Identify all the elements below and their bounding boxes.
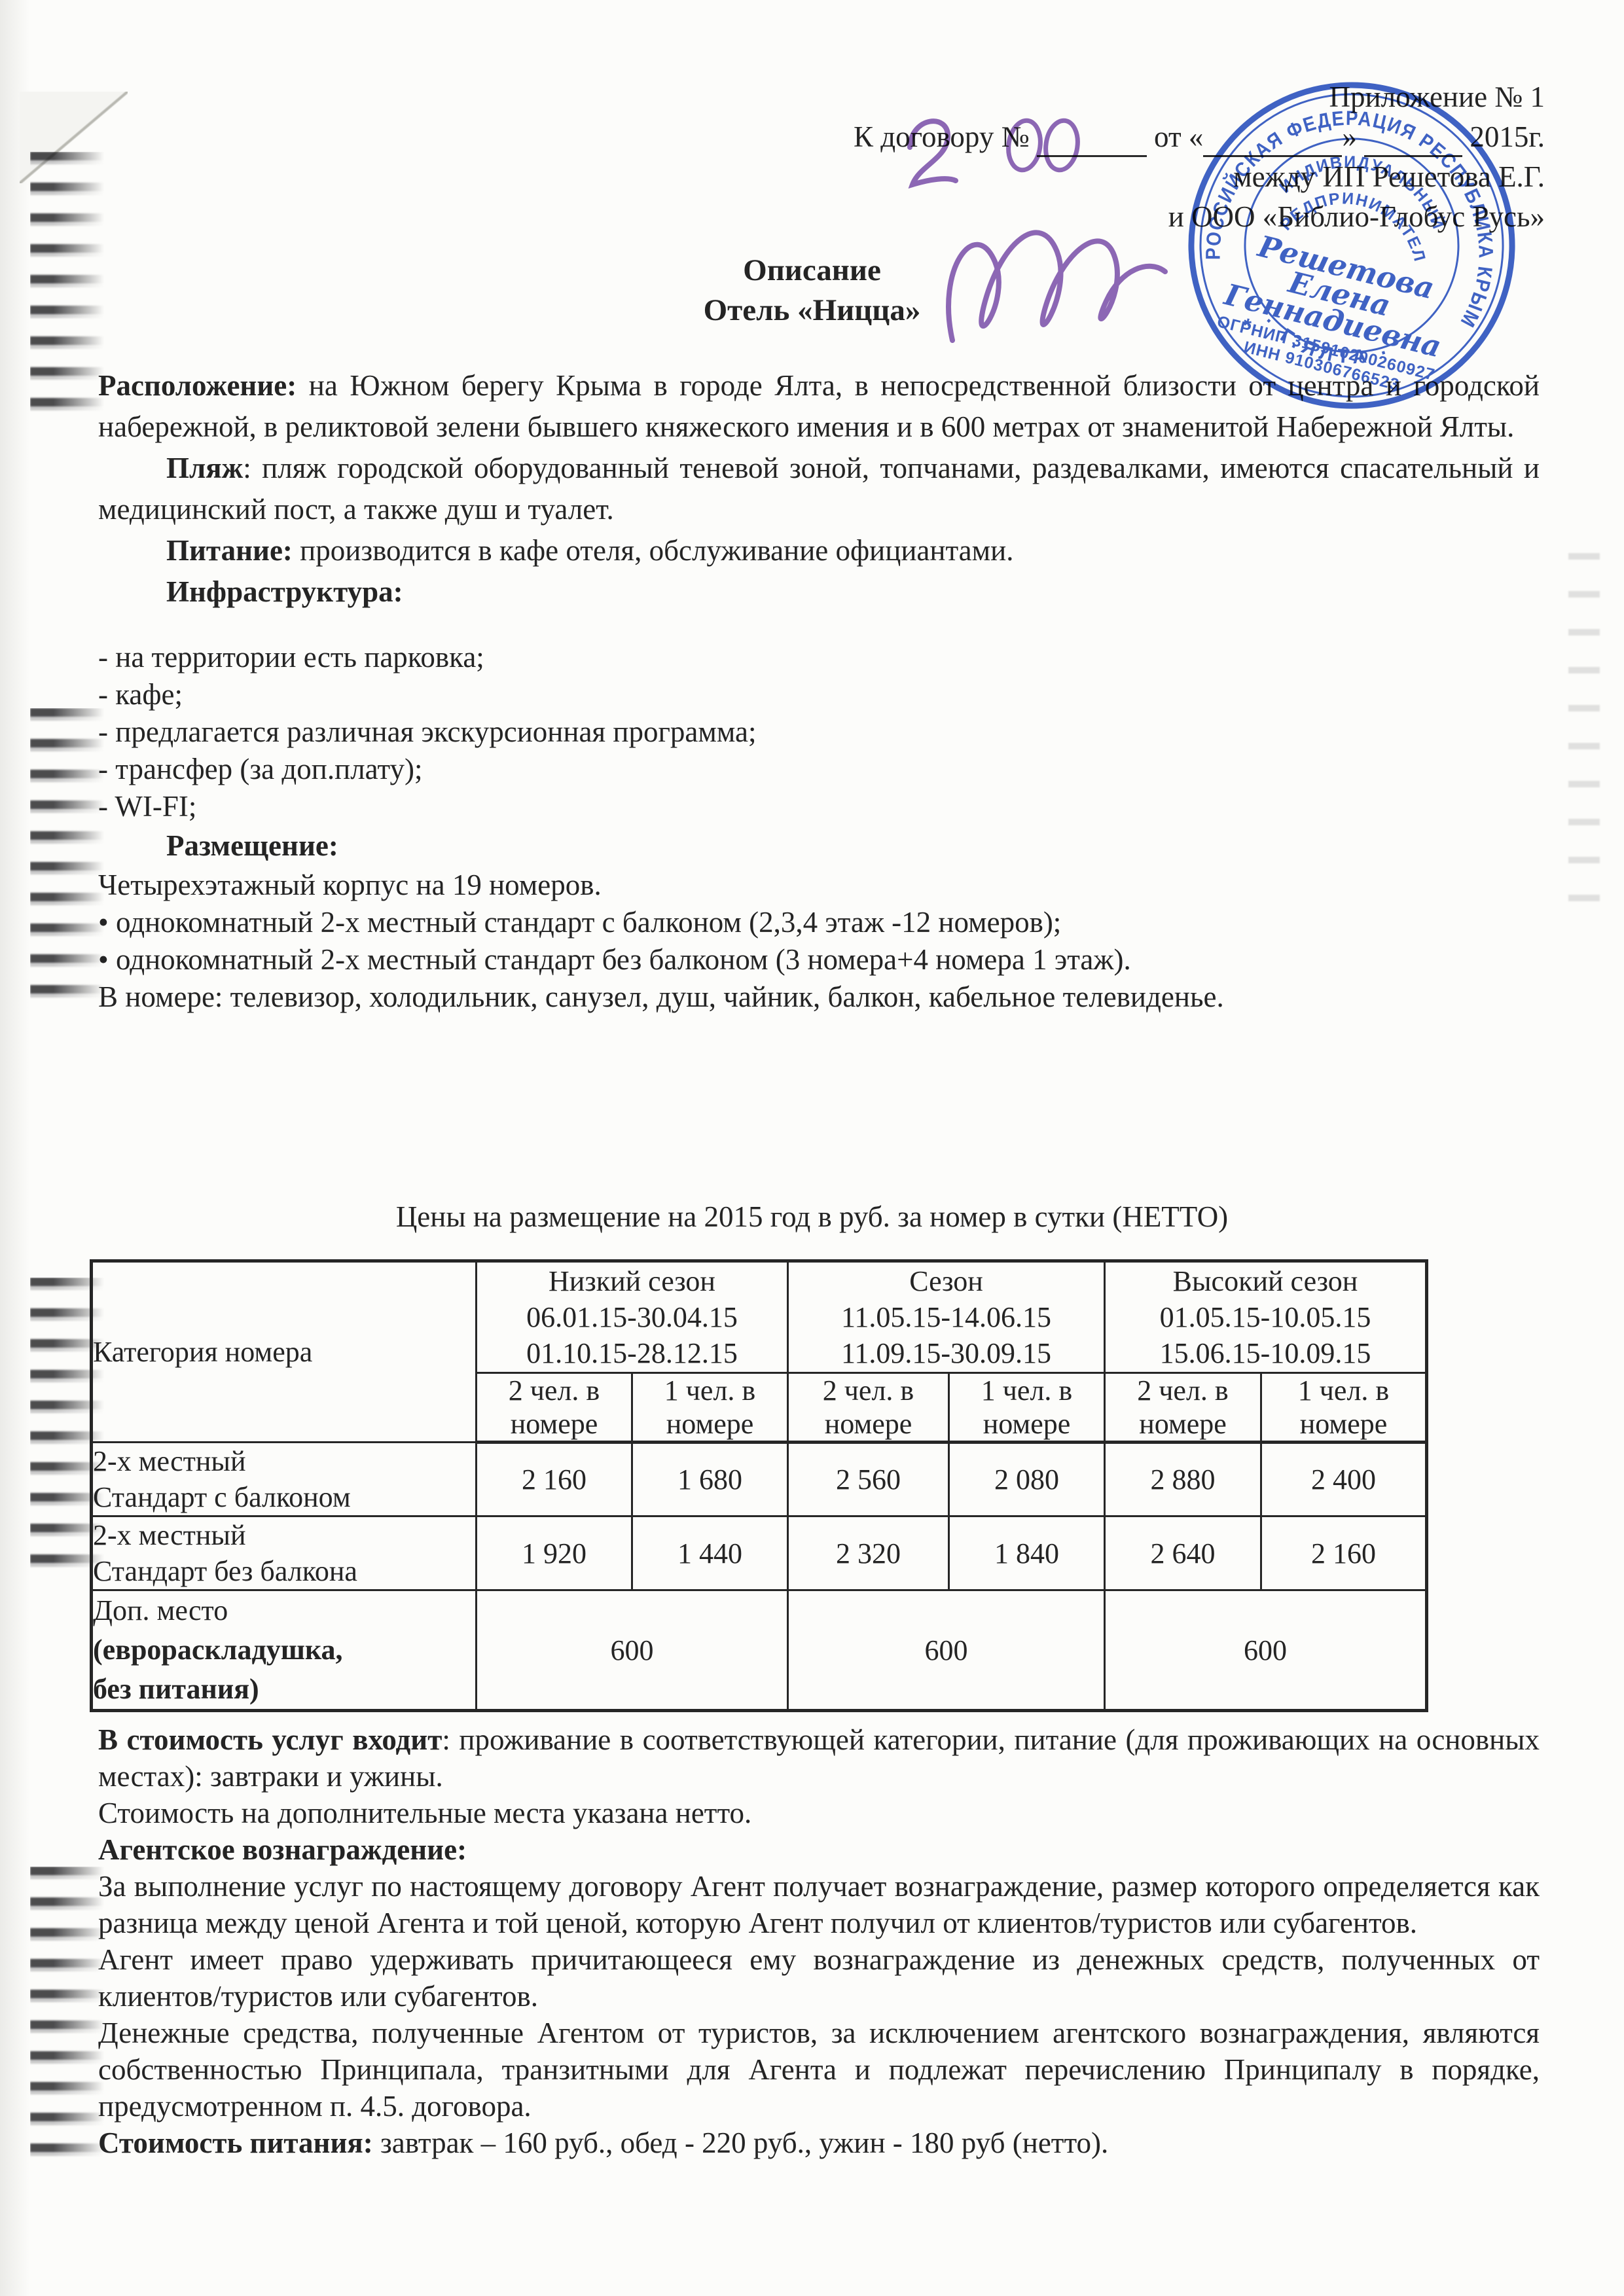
price-table-caption: Цены на размещение на 2015 год в руб. за… — [0, 1200, 1624, 1234]
handwritten-date-mark — [1043, 118, 1081, 172]
price-cell: 2 400 — [1261, 1443, 1427, 1516]
room-category-cell: 2-х местный Стандарт с балконом — [92, 1443, 477, 1516]
accommodation-line: В номере: телевизор, холодильник, санузе… — [98, 978, 1540, 1016]
scanned-document-page: Приложение № 1 К договору № от «» 2015г.… — [0, 0, 1624, 2296]
agent-paragraph-3: Денежные средства, полученные Агентом от… — [98, 2015, 1540, 2125]
season-header-row: Категория номера Низкий сезон 06.01.15-3… — [92, 1261, 1427, 1373]
room-category-cell: 2-х местный Стандарт без балкона — [92, 1516, 477, 1590]
meals-paragraph: Питание: производится в кафе отеля, обсл… — [98, 530, 1540, 571]
list-item: - WI-FI; — [98, 788, 1540, 825]
beach-label: Пляж — [166, 452, 243, 484]
beach-paragraph: Пляж: пляж городской оборудованный тенев… — [98, 448, 1540, 530]
price-cell: 2 080 — [949, 1443, 1105, 1516]
extra-net-line: Стоимость на дополнительные места указан… — [98, 1795, 1540, 1831]
agent-heading: Агентское вознаграждение: — [98, 1831, 1540, 1868]
table-row: 2-х местный Стандарт с балконом 2 160 1 … — [92, 1443, 1427, 1516]
price-cell: 2 640 — [1105, 1516, 1261, 1590]
extra-bed-price-cell: 600 — [477, 1590, 788, 1711]
season-dates: 15.06.15-10.09.15 — [1106, 1335, 1425, 1371]
document-footer: В стоимость услуг входит: проживание в с… — [98, 1721, 1540, 2161]
meals-text: производится в кафе отеля, обслуживание … — [293, 534, 1014, 567]
accommodation-line: • однокомнатный 2-х местный стандарт без… — [98, 941, 1540, 978]
handwritten-contract-number — [910, 121, 956, 185]
accommodation-lines: Четырехэтажный корпус на 19 номеров. • о… — [98, 867, 1540, 1016]
price-cell: 1 920 — [477, 1516, 632, 1590]
price-cell: 1 680 — [632, 1443, 788, 1516]
price-cell: 2 320 — [788, 1516, 949, 1590]
beach-text: : пляж городской оборудованный теневой з… — [98, 452, 1540, 526]
left-edge-shadow — [0, 0, 30, 2296]
table-row: 2-х местный Стандарт без балкона 1 920 1… — [92, 1516, 1427, 1590]
document-body: Расположение: на Южном берегу Крыма в го… — [98, 365, 1540, 1016]
right-edge-smudge — [1568, 553, 1600, 920]
accommodation-heading: Размещение: — [98, 825, 1540, 867]
infrastructure-heading: Инфраструктура: — [98, 571, 1540, 613]
season-dates: 11.09.15-30.09.15 — [789, 1335, 1104, 1371]
list-item: - предлагается различная экскурсионная п… — [98, 713, 1540, 751]
extra-bed-price-cell: 600 — [1105, 1590, 1427, 1711]
low-season-header: Низкий сезон 06.01.15-30.04.15 01.10.15-… — [477, 1261, 788, 1373]
price-cell: 1 840 — [949, 1516, 1105, 1590]
occupancy-header-cell: 1 чел. вномере — [632, 1373, 788, 1443]
season-dates: 01.05.15-10.05.15 — [1106, 1299, 1425, 1335]
mid-season-header: Сезон 11.05.15-14.06.15 11.09.15-30.09.1… — [788, 1261, 1105, 1373]
season-name: Сезон — [789, 1263, 1104, 1299]
binding-marks — [30, 708, 107, 1003]
infrastructure-list: - на территории есть парковка; - кафе; -… — [98, 639, 1540, 825]
signature-flourish — [948, 232, 1165, 340]
price-cell: 2 160 — [1261, 1516, 1427, 1590]
extra-bed-price-cell: 600 — [788, 1590, 1105, 1711]
list-item: - трансфер (за доп.плату); — [98, 751, 1540, 788]
list-item: - кафе; — [98, 676, 1540, 713]
occupancy-header-cell: 1 чел. вномере — [1261, 1373, 1427, 1443]
handwritten-date-mark — [1005, 118, 1043, 172]
season-dates: 11.05.15-14.06.15 — [789, 1299, 1104, 1335]
occupancy-header-cell: 2 чел. вномере — [477, 1373, 632, 1443]
agent-paragraph-2: Агент имеет право удерживать причитающее… — [98, 1941, 1540, 2015]
extra-bed-category-cell: Доп. место (еврораскладушка, без питания… — [92, 1590, 477, 1711]
category-header-cell: Категория номера — [92, 1261, 477, 1443]
agent-paragraph-1: За выполнение услуг по настоящему догово… — [98, 1868, 1540, 1941]
occupancy-header-cell: 2 чел. вномере — [1105, 1373, 1261, 1443]
included-label: В стоимость услуг входит — [98, 1723, 442, 1756]
occupancy-header-cell: 2 чел. вномере — [788, 1373, 949, 1443]
extra-bed-row: Доп. место (еврораскладушка, без питания… — [92, 1590, 1427, 1711]
included-paragraph: В стоимость услуг входит: проживание в с… — [98, 1721, 1540, 1795]
location-label: Расположение: — [98, 369, 297, 402]
handwritten-signature — [890, 85, 1204, 386]
season-dates: 01.10.15-28.12.15 — [477, 1335, 787, 1371]
round-ink-stamp: РОССИЙСКАЯ ФЕДЕРАЦИЯ РЕСПУБЛИКА КРЫМ · Г… — [1182, 75, 1522, 416]
high-season-header: Высокий сезон 01.05.15-10.05.15 15.06.15… — [1105, 1261, 1427, 1373]
season-dates: 06.01.15-30.04.15 — [477, 1299, 787, 1335]
accommodation-line: • однокомнатный 2-х местный стандарт с б… — [98, 904, 1540, 941]
binding-marks — [30, 1867, 107, 2174]
season-name: Высокий сезон — [1106, 1263, 1425, 1299]
meal-cost-label: Стоимость питания: — [98, 2126, 373, 2159]
price-table: Категория номера Низкий сезон 06.01.15-3… — [90, 1259, 1428, 1712]
price-cell: 2 880 — [1105, 1443, 1261, 1516]
meal-cost-paragraph: Стоимость питания: завтрак – 160 руб., о… — [98, 2125, 1540, 2161]
list-item: - на территории есть парковка; — [98, 639, 1540, 676]
accommodation-line: Четырехэтажный корпус на 19 номеров. — [98, 867, 1540, 904]
season-name: Низкий сезон — [477, 1263, 787, 1299]
price-cell: 2 560 — [788, 1443, 949, 1516]
meals-label: Питание: — [166, 534, 293, 567]
price-cell: 1 440 — [632, 1516, 788, 1590]
occupancy-header-cell: 1 чел. вномере — [949, 1373, 1105, 1443]
price-cell: 2 160 — [477, 1443, 632, 1516]
